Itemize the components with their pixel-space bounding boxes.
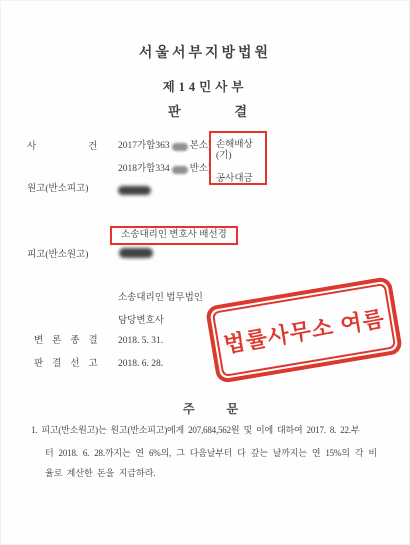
order-heading: 주문 [183,400,270,417]
stamp-text: 법률사무소 여름 [221,301,387,358]
defendant-label: 피고(반소원고) [27,250,88,261]
order-text-line-1: 1. 피고(반소원고)는 원고(반소피고)에게 207,684,562원 및 이… [31,425,359,436]
court-name: 서울서부지방법원 [0,42,410,62]
redaction-plaintiff-name [118,186,151,195]
case-number-1-suffix: 본소) [190,141,212,152]
document-title: 판결 [168,101,301,120]
redaction-defendant-name [119,248,153,258]
law-office-stamp: 법률사무소 여름 [205,276,403,384]
case-number-1: 2017가합363 [118,141,170,152]
case-type-1: 손해배상(기) [216,140,265,162]
order-text-line-3: 율로 계산한 돈을 지급하라. [45,468,156,479]
case-type-highlight-box: 손해배상(기) 공사대금 [209,131,267,185]
judgment-pronounced-date: 2018. 6. 28. [118,359,163,370]
case-number-row-2: 2018가합334 반소) [118,164,211,175]
case-number-row-1: 2017가합363 본소) [118,141,211,152]
plaintiff-counsel: 소송대리인 변호사 배선경 [121,230,227,241]
case-number-2-suffix: 반소) [190,164,212,175]
plaintiff-counsel-highlight-box: 소송대리인 변호사 배선경 [110,226,238,245]
closing-of-arguments-date: 2018. 5. 31. [118,336,163,347]
stamp-inner-border: 법률사무소 여름 [212,283,396,377]
court-division: 제14민사부 [0,77,410,95]
judgment-document-page: 서울서부지방법원 제14민사부 판결 사건 2017가합363 본소) 2018… [0,0,410,545]
judgment-pronounced-label: 판결선고 [34,359,107,370]
defendant-counsel-firm: 소송대리인 법무법인 [118,293,203,304]
redaction-case-number-1 [172,143,188,151]
plaintiff-label: 원고(반소피고) [27,184,88,195]
case-number-2: 2018가합334 [118,164,170,175]
defendant-counsel-attorney: 담당변호사 [118,316,164,327]
closing-of-arguments-label: 변론종결 [34,336,107,347]
redaction-case-number-2 [172,166,188,174]
case-type-2: 공사대금 [216,174,265,185]
order-text-line-2: 터 2018. 6. 28.까지는 연 6%의, 그 다음날부터 다 갚는 날까… [45,448,377,459]
